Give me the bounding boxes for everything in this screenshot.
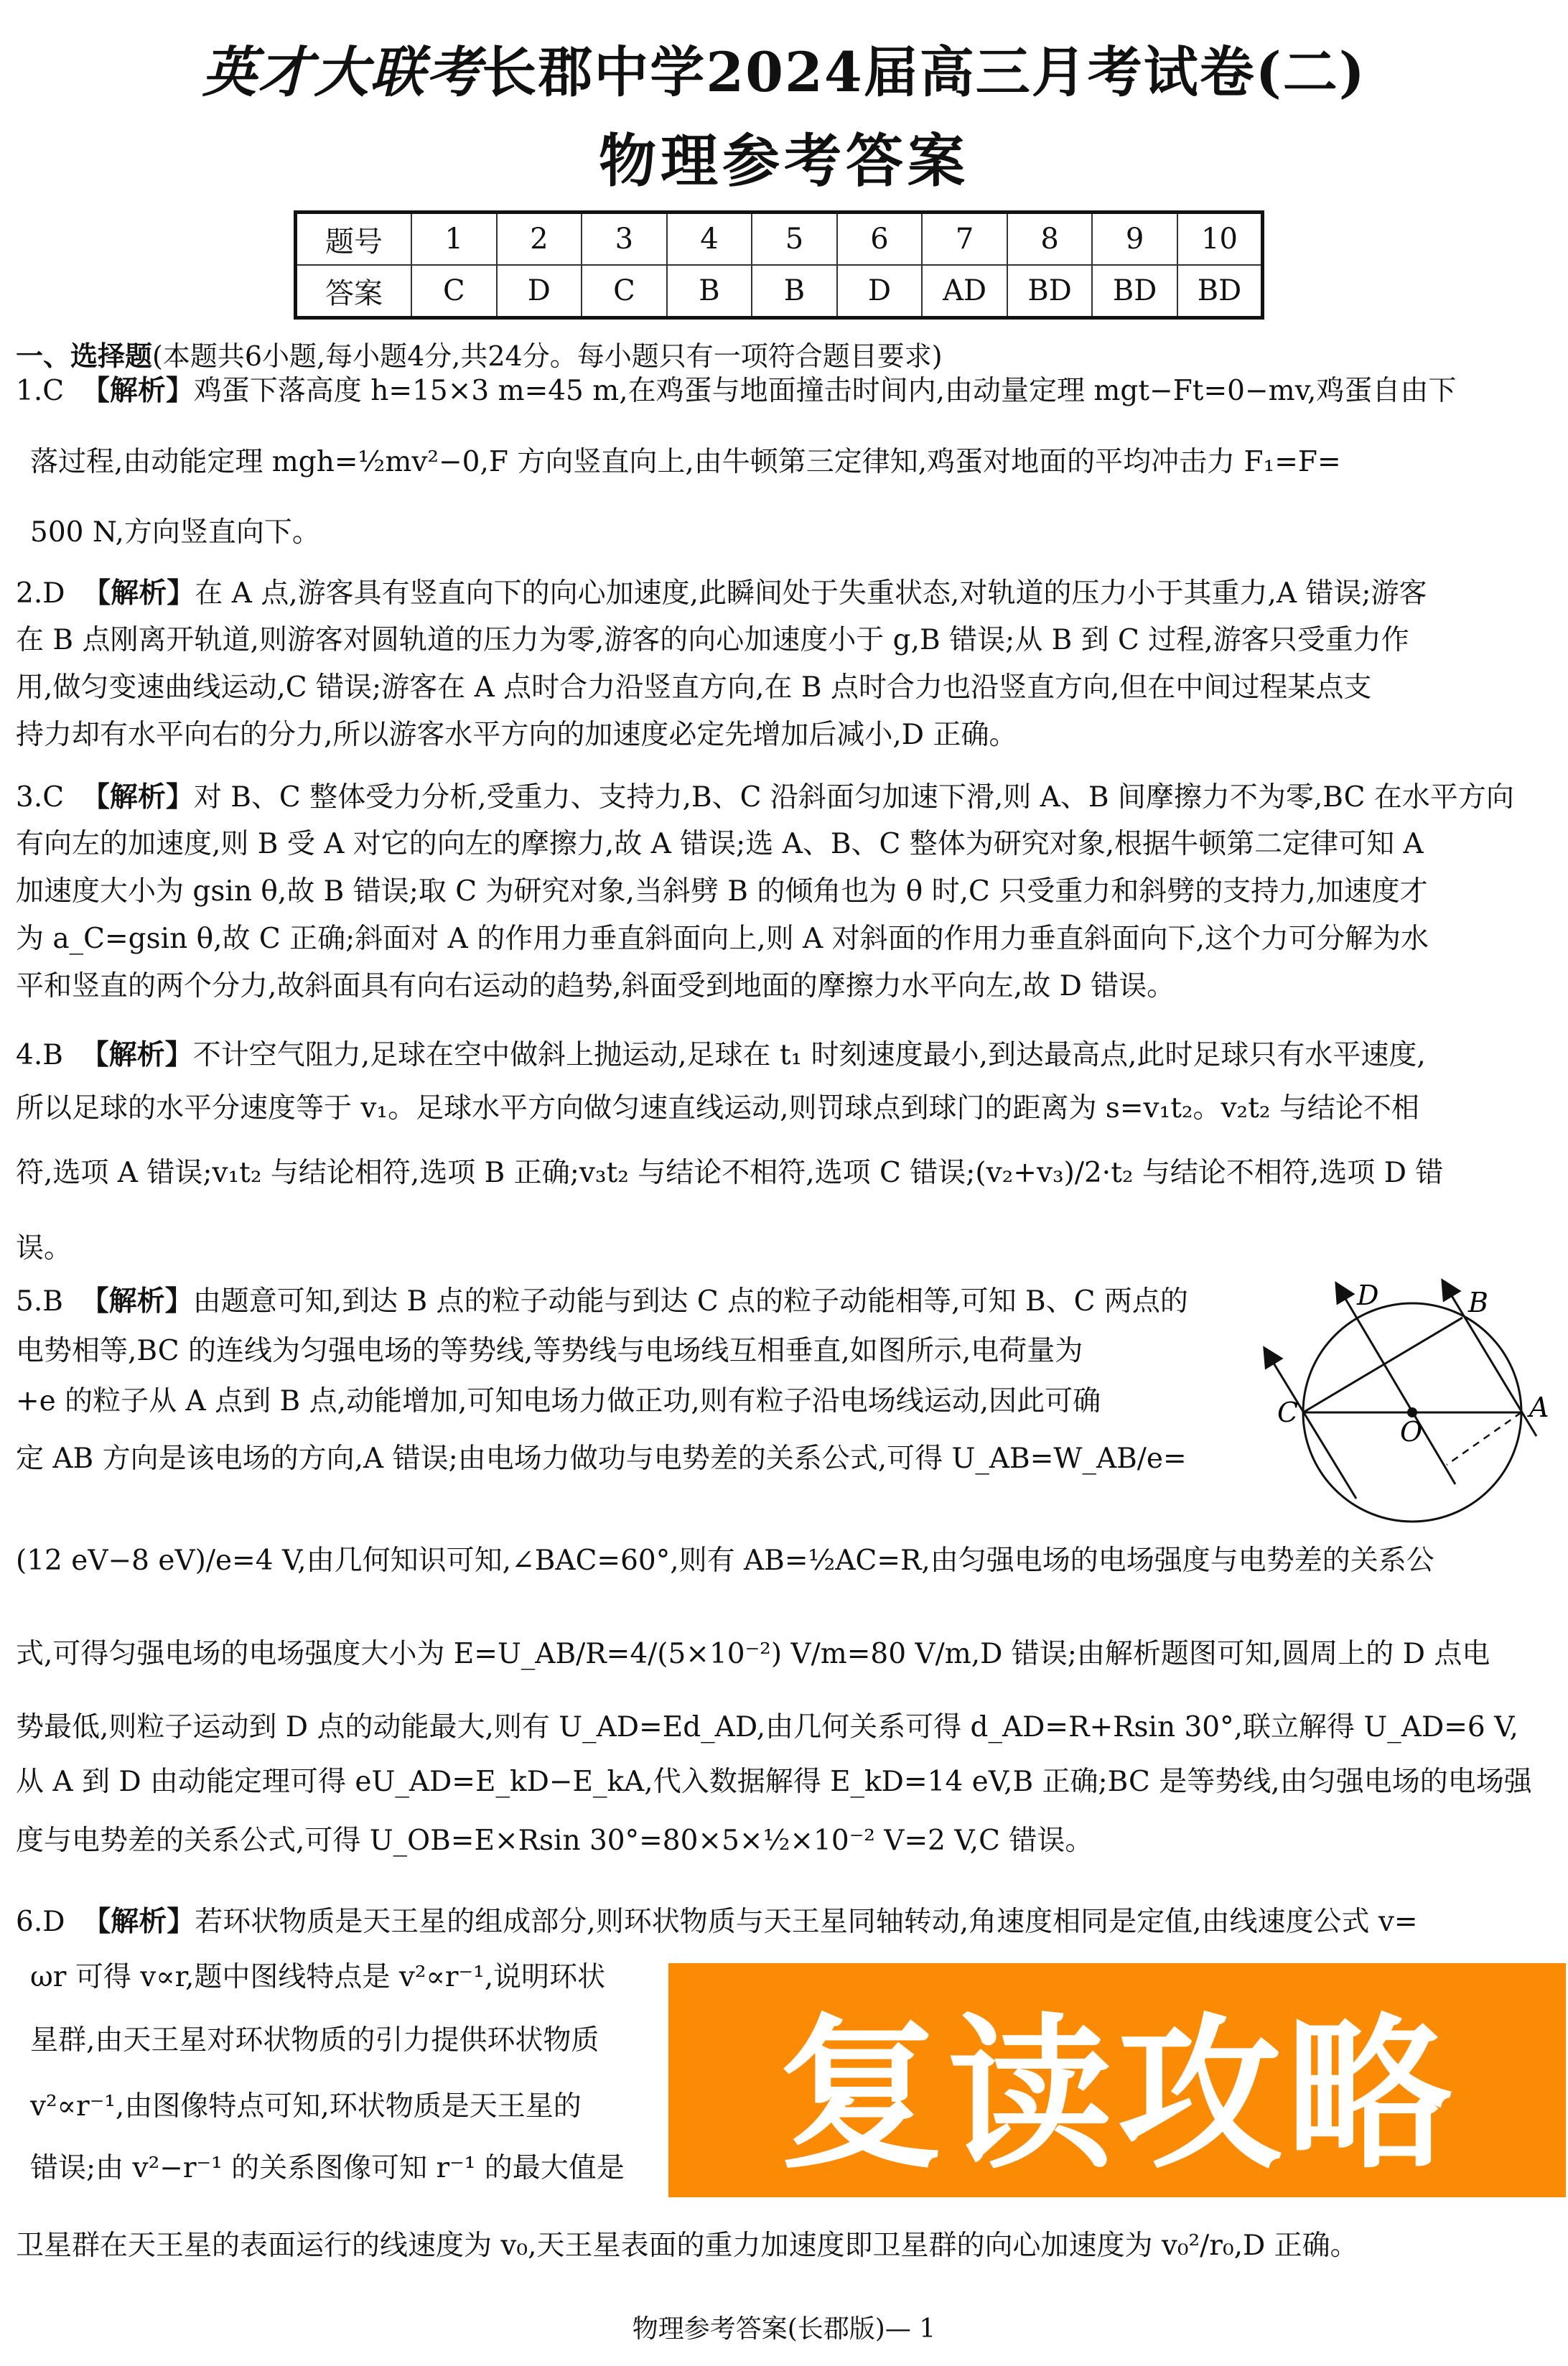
analysis-tag: 【解析】 [82, 374, 194, 407]
problem-id: 3.C [16, 781, 64, 814]
brand-name: 英才大联考 [202, 40, 482, 104]
question-number: 7 [922, 213, 1007, 266]
answer-table-row-answers: 答案 C D C B B D AD BD BD BD [296, 265, 1263, 318]
answer-cell: B [667, 265, 752, 318]
problem-5-line-3: +e 的粒子从 A 点到 B 点,动能增加,可知电场力做正功,则有粒子沿电场线运… [16, 1384, 1101, 1419]
question-number: 10 [1177, 213, 1263, 266]
label-B: B [1467, 1287, 1488, 1318]
analysis-tag: 【解析】 [83, 1905, 195, 1938]
analysis-tag: 【解析】 [81, 1038, 193, 1071]
problem-id: 1.C [16, 375, 64, 407]
problem-5-line-6: 式,可得匀强电场的电场强度大小为 E=U_AB/R=4/(5×10⁻²) V/m… [16, 1637, 1490, 1672]
problem-4-line-3: 符,选项 A 错误;v₁t₂ 与结论相符,选项 B 正确;v₃t₂ 与结论不相符… [16, 1156, 1443, 1191]
problem-5-line-9: 度与电势差的关系公式,可得 U_OB=E×Rsin 30°=80×5×½×10⁻… [16, 1824, 1093, 1858]
problem-id: 5.B [16, 1285, 63, 1318]
question-number: 8 [1007, 213, 1093, 266]
problem-6-line-2: ωr 可得 v∝r,题中图线特点是 v²∝r⁻¹,说明环状 [30, 1960, 605, 1995]
problem-5-line-8: 从 A 到 D 由动能定理可得 eU_AD=E_kD−E_kA,代入数据解得 E… [16, 1765, 1532, 1799]
row-label: 题号 [296, 213, 412, 266]
answer-table-row-numbers: 题号 1 2 3 4 5 6 7 8 9 10 [296, 213, 1263, 266]
answer-cell: D [497, 265, 582, 318]
problem-6-line-3: 星群,由天王星对环状物质的引力提供环状物质 [30, 2023, 599, 2058]
problem-6-line-4: v²∝r⁻¹,由图像特点可知,环状物质是天王星的 [30, 2090, 582, 2124]
problem-2-line-1: 2.D 【解析】在 A 点,游客具有竖直向下的向心加速度,此瞬间处于失重状态,对… [16, 576, 1427, 611]
section-note: (本题共6小题,每小题4分,共24分。每小题只有一项符合题目要求) [152, 340, 943, 372]
page-footer: 物理参考答案(长郡版)— 1 [0, 2309, 1568, 2345]
problem-text: 鸡蛋下落高度 h=15×3 m=45 m,在鸡蛋与地面撞击时间内,由动量定理 m… [194, 375, 1457, 407]
problem-2-line-3: 用,做匀变速曲线运动,C 错误;游客在 A 点时合力沿竖直方向,在 B 点时合力… [16, 671, 1371, 705]
problem-1-line-2: 落过程,由动能定理 mgh=½mv²−0,F 方向竖直向上,由牛顿第三定律知,鸡… [30, 445, 1341, 480]
answer-cell: BD [1007, 265, 1093, 318]
analysis-tag: 【解析】 [82, 781, 194, 814]
question-number: 9 [1092, 213, 1177, 266]
problem-3-line-5: 平和竖直的两个分力,故斜面具有向右运动的趋势,斜面受到地面的摩擦力水平向左,故 … [16, 969, 1175, 1004]
answer-cell: BD [1092, 265, 1177, 318]
problem-4-line-4: 误。 [16, 1231, 72, 1266]
problem-id: 2.D [16, 577, 65, 610]
label-O: O [1400, 1416, 1422, 1448]
watermark-banner: 复读攻略 [668, 1963, 1566, 2197]
problem-1-line-3: 500 N,方向竖直向下。 [30, 516, 320, 550]
answer-cell: BD [1177, 265, 1263, 318]
electric-field-circle-diagram: D B C O A [1253, 1275, 1565, 1533]
label-A: A [1527, 1392, 1549, 1423]
problem-3-line-4: 为 a_C=gsin θ,故 C 正确;斜面对 A 的作用力垂直斜面向上,则 A… [16, 922, 1429, 956]
problem-text: 由题意可知,到达 B 点的粒子动能与到达 C 点的粒子动能相等,可知 B、C 两… [193, 1285, 1188, 1318]
problem-4-line-2: 所以足球的水平分速度等于 v₁。足球水平方向做匀速直线运动,则罚球点到球门的距离… [16, 1091, 1419, 1126]
problem-text: 不计空气阻力,足球在空中做斜上抛运动,足球在 t₁ 时刻速度最小,到达最高点,此… [193, 1039, 1426, 1071]
problem-5-line-5: (12 eV−8 eV)/e=4 V,由几何知识可知,∠BAC=60°,则有 A… [16, 1544, 1434, 1578]
problem-id: 6.D [16, 1906, 65, 1938]
problem-6-line-1: 6.D 【解析】若环状物质是天王星的组成部分,则环状物质与天王星同轴转动,角速度… [16, 1904, 1418, 1939]
question-number: 1 [411, 213, 497, 266]
answer-cell: D [837, 265, 923, 318]
row-label: 答案 [296, 265, 412, 318]
problem-text: 若环状物质是天王星的组成部分,则环状物质与天王星同轴转动,角速度相同是定值,由线… [195, 1906, 1417, 1938]
problem-3-line-2: 有向左的加速度,则 B 受 A 对它的向左的摩擦力,故 A 错误;选 A、B、C… [16, 827, 1424, 862]
question-number: 6 [837, 213, 923, 266]
page-title: 物理参考答案 [0, 115, 1568, 197]
problem-3-line-1: 3.C 【解析】对 B、C 整体受力分析,受重力、支持力,B、C 沿斜面匀加速下… [16, 780, 1514, 815]
watermark-text: 复读攻略 [778, 1962, 1456, 2199]
exam-title: 英才大联考长郡中学2024届高三月考试卷(二) [0, 29, 1568, 107]
answer-table: 题号 1 2 3 4 5 6 7 8 9 10 答案 C D C B B D A… [294, 210, 1264, 320]
analysis-tag: 【解析】 [83, 577, 195, 610]
question-number: 5 [752, 213, 837, 266]
section-title: 一、选择题 [16, 340, 152, 372]
problem-2-line-2: 在 B 点刚离开轨道,则游客对圆轨道的压力为零,游客的向心加速度小于 g,B 错… [16, 623, 1409, 658]
problem-5-line-4: 定 AB 方向是该电场的方向,A 错误;由电场力做功与电势差的关系公式,可得 U… [16, 1442, 1187, 1476]
section-heading: 一、选择题(本题共6小题,每小题4分,共24分。每小题只有一项符合题目要求) [16, 334, 943, 373]
problem-text: 在 A 点,游客具有竖直向下的向心加速度,此瞬间处于失重状态,对轨道的压力小于其… [195, 577, 1427, 610]
label-D: D [1356, 1280, 1378, 1311]
answer-cell: C [582, 265, 667, 318]
problem-6-line-5: 错误;由 v²−r⁻¹ 的关系图像可知 r⁻¹ 的最大值是 [30, 2151, 625, 2186]
problem-6-line-6: 卫星群在天王星的表面运行的线速度为 v₀,天王星表面的重力加速度即卫星群的向心加… [16, 2229, 1358, 2263]
problem-3-line-3: 加速度大小为 gsin θ,故 B 错误;取 C 为研究对象,当斜劈 B 的倾角… [16, 875, 1428, 909]
problem-5-line-7: 势最低,则粒子运动到 D 点的动能最大,则有 U_AD=Ed_AD,由几何关系可… [16, 1710, 1518, 1745]
question-number: 2 [497, 213, 582, 266]
problem-1-line-1: 1.C 【解析】鸡蛋下落高度 h=15×3 m=45 m,在鸡蛋与地面撞击时间内… [16, 373, 1456, 409]
question-number: 4 [667, 213, 752, 266]
problem-2-line-4: 持力却有水平向右的分力,所以游客水平方向的加速度必定先增加后减小,D 正确。 [16, 718, 1017, 753]
answer-cell: AD [922, 265, 1007, 318]
problem-5-line-1: 5.B 【解析】由题意可知,到达 B 点的粒子动能与到达 C 点的粒子动能相等,… [16, 1284, 1188, 1319]
analysis-tag: 【解析】 [81, 1285, 193, 1318]
question-number: 3 [582, 213, 667, 266]
answer-cell: B [752, 265, 837, 318]
exam-name: 长郡中学2024届高三月考试卷(二) [482, 40, 1366, 104]
label-C: C [1277, 1397, 1298, 1428]
answer-cell: C [411, 265, 497, 318]
problem-5-line-2: 电势相等,BC 的连线为匀强电场的等势线,等势线与电场线互相垂直,如图所示,电荷… [16, 1334, 1083, 1369]
problem-text: 对 B、C 整体受力分析,受重力、支持力,B、C 沿斜面匀加速下滑,则 A、B … [194, 781, 1514, 814]
problem-id: 4.B [16, 1039, 63, 1071]
problem-4-line-1: 4.B 【解析】不计空气阻力,足球在空中做斜上抛运动,足球在 t₁ 时刻速度最小… [16, 1038, 1426, 1073]
